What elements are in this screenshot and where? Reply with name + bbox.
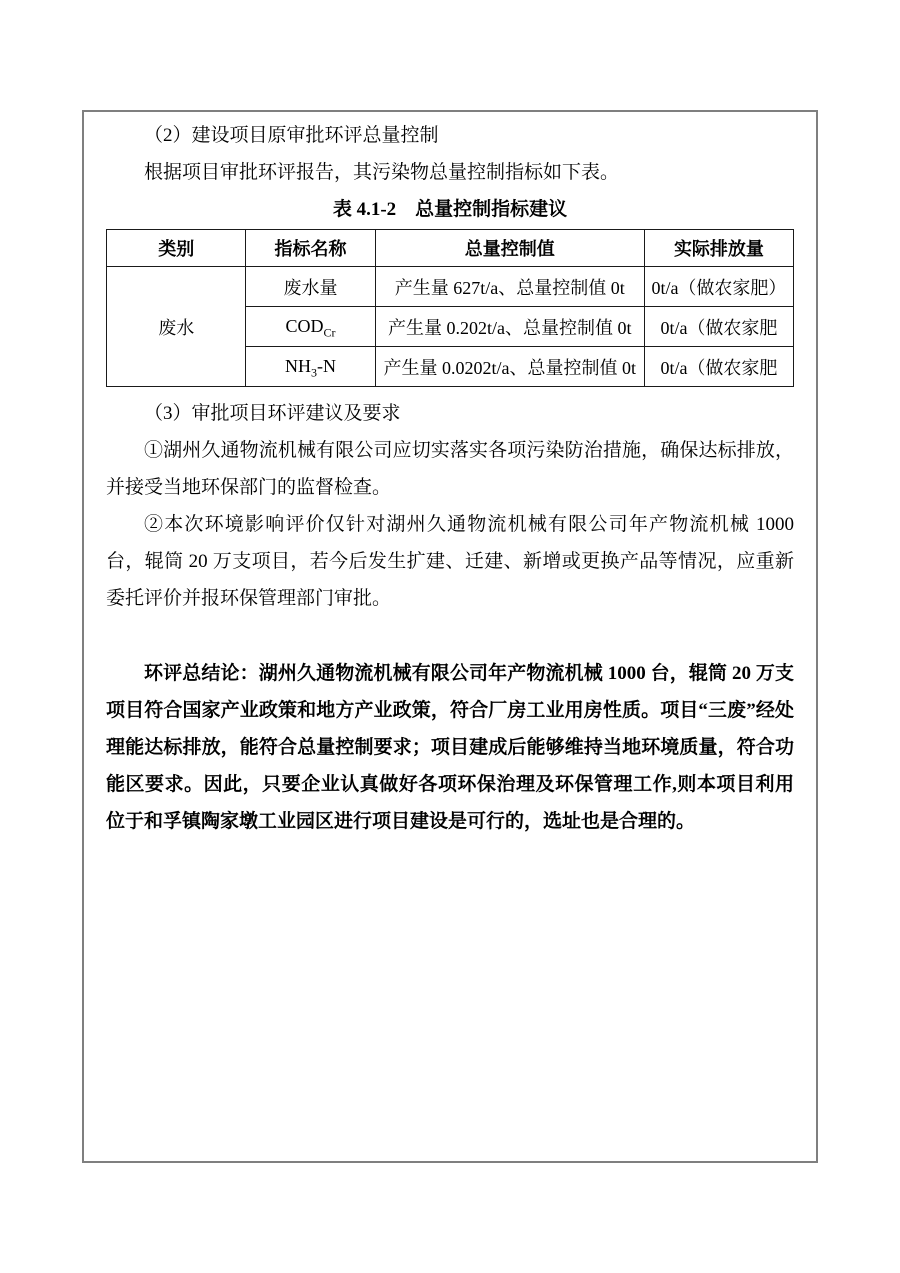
indicator-text: NH (285, 356, 311, 376)
indicator-cell: CODCr (246, 307, 375, 347)
indicator-subscript: Cr (324, 326, 336, 340)
indicator-cell: NH3-N (246, 347, 375, 387)
section-heading-3: （3）审批项目环评建议及要求 (106, 395, 794, 432)
control-value-cell: 产生量 627t/a、总量控制值 0t (375, 267, 644, 307)
control-value-cell: 产生量 0.202t/a、总量控制值 0t (375, 307, 644, 347)
col-header-actual-emission: 实际排放量 (644, 230, 793, 267)
actual-emission-cell: 0t/a（做农家肥） (644, 267, 793, 307)
document-frame: （2）建设项目原审批环评总量控制 根据项目审批环评报告，其污染物总量控制指标如下… (82, 110, 818, 1163)
col-header-indicator: 指标名称 (246, 230, 375, 267)
table-header-row: 类别 指标名称 总量控制值 实际排放量 (107, 230, 794, 267)
requirement-paragraph-2: ②本次环境影响评价仅针对湖州久通物流机械有限公司年产物流机械 1000 台，辊筒… (106, 506, 794, 617)
table-caption: 表 4.1-2 总量控制指标建议 (106, 192, 794, 228)
requirement-paragraph-1: ①湖州久通物流机械有限公司应切实落实各项污染防治措施，确保达标排放，并接受当地环… (106, 432, 794, 506)
indicator-cell: 废水量 (246, 267, 375, 307)
indicator-suffix: -N (317, 356, 336, 376)
control-value-cell: 产生量 0.0202t/a、总量控制值 0t (375, 347, 644, 387)
table-row: 废水 废水量 产生量 627t/a、总量控制值 0t 0t/a（做农家肥） (107, 267, 794, 307)
intro-paragraph: 根据项目审批环评报告，其污染物总量控制指标如下表。 (106, 154, 794, 191)
col-header-category: 类别 (107, 230, 246, 267)
indicator-text: COD (286, 316, 324, 336)
category-cell: 废水 (107, 267, 246, 387)
indicator-text: 废水量 (284, 278, 338, 298)
document-page: （2）建设项目原审批环评总量控制 根据项目审批环评报告，其污染物总量控制指标如下… (0, 0, 900, 1273)
conclusion-paragraph: 环评总结论：湖州久通物流机械有限公司年产物流机械 1000 台，辊筒 20 万支… (106, 655, 794, 840)
col-header-control-value: 总量控制值 (375, 230, 644, 267)
actual-emission-cell: 0t/a（做农家肥 (644, 307, 793, 347)
actual-emission-cell: 0t/a（做农家肥 (644, 347, 793, 387)
section-heading-2: （2）建设项目原审批环评总量控制 (106, 117, 794, 154)
total-control-indicator-table: 类别 指标名称 总量控制值 实际排放量 废水 废水量 产生量 627t/a、总量… (106, 229, 794, 387)
